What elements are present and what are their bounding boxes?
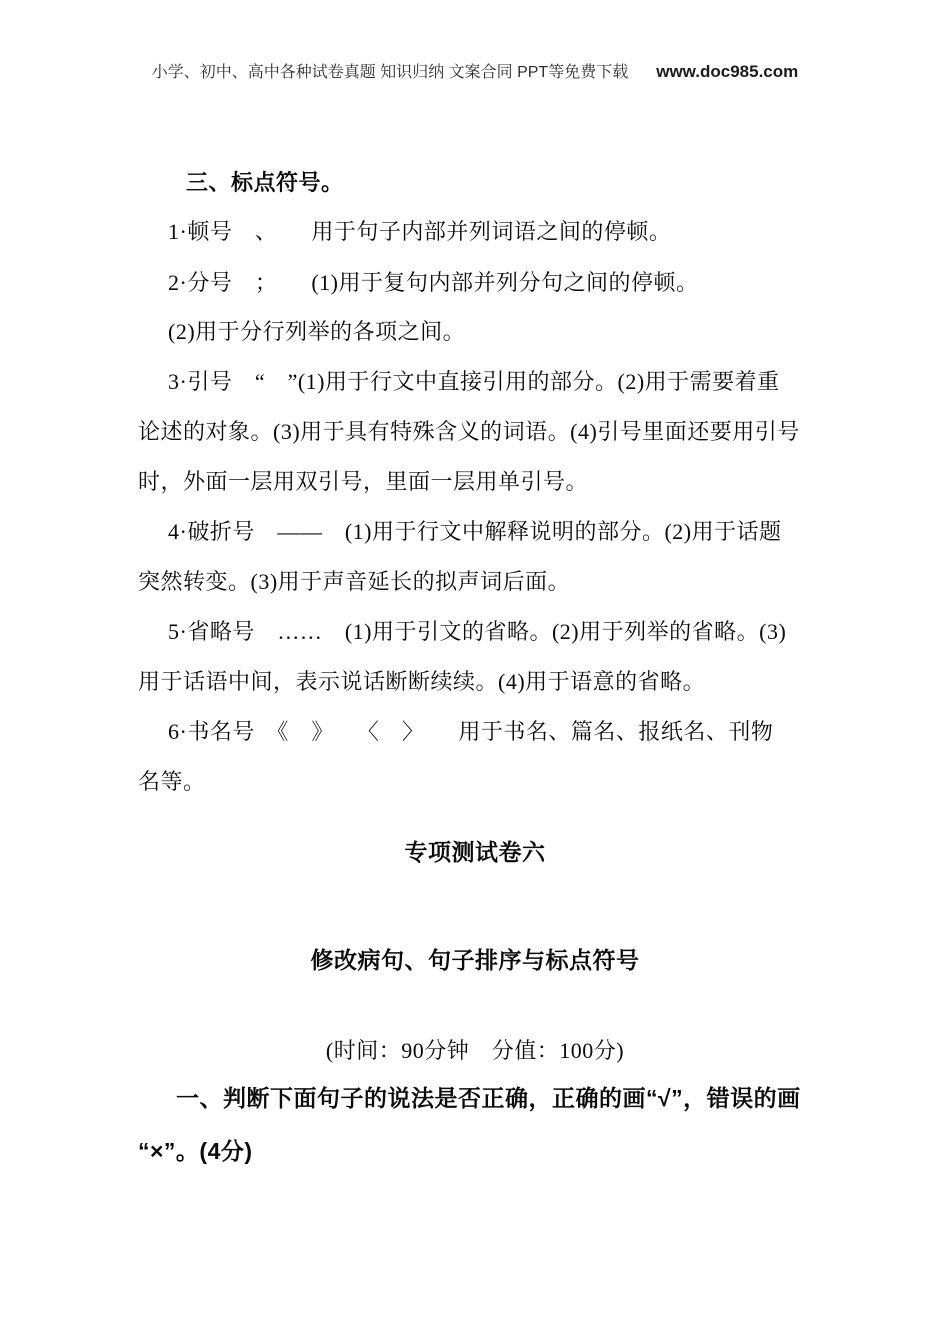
- page-header: 小学、初中、高中各种试卷真题 知识归纳 文案合同 PPT等免费下载www.doc…: [0, 60, 950, 85]
- note-line-yinhao: 3·引号 “ ”(1)用于行文中直接引用的部分。(2)用于需要着重: [138, 357, 872, 407]
- note-line-yinhao-cont2: 时，外面一层用双引号，里面一层用单引号。: [138, 457, 842, 507]
- notes-section-heading: 三、标点符号。: [138, 158, 890, 208]
- note-line-dunhao: 1·顿号 、 用于句子内部并列词语之间的停顿。: [138, 207, 872, 257]
- question-one-stem-line2: “×”。(4分): [138, 1126, 842, 1176]
- note-line-shenglvehao-cont: 用于话语中间，表示说话断断续续。(4)用于语意的省略。: [138, 657, 842, 707]
- note-line-yinhao-cont1: 论述的对象。(3)用于具有特殊含义的词语。(4)引号里面还要用引号: [138, 407, 842, 457]
- note-line-fenhao-cont: (2)用于分行列举的各项之间。: [138, 307, 872, 357]
- test-paper-title: 专项测试卷六: [0, 827, 950, 877]
- note-line-shuminghao: 6·书名号 《 》 〈 〉 用于书名、篇名、报纸名、刊物: [138, 707, 872, 757]
- test-paper-meta: (时间：90分钟 分值：100分): [0, 1026, 950, 1076]
- note-line-pozhehao-cont: 突然转变。(3)用于声音延长的拟声词后面。: [138, 557, 842, 607]
- header-site-info: 小学、初中、高中各种试卷真题 知识归纳 文案合同 PPT等免费下载: [152, 64, 628, 81]
- note-line-shenglvehao: 5·省略号 …… (1)用于引文的省略。(2)用于列举的省略。(3): [138, 607, 872, 657]
- header-site-url: www.doc985.com: [656, 62, 798, 81]
- document-page: 小学、初中、高中各种试卷真题 知识归纳 文案合同 PPT等免费下载www.doc…: [0, 0, 950, 1344]
- question-one-stem-line1: 一、判断下面句子的说法是否正确，正确的画“√”，错误的画: [138, 1073, 880, 1123]
- note-line-shuminghao-cont: 名等。: [138, 757, 842, 807]
- test-paper-subtitle: 修改病句、句子排序与标点符号: [0, 935, 950, 985]
- note-line-pozhehao: 4·破折号 —— (1)用于行文中解释说明的部分。(2)用于话题: [138, 507, 872, 557]
- note-line-fenhao: 2·分号 ； (1)用于复句内部并列分句之间的停顿。: [138, 258, 872, 308]
